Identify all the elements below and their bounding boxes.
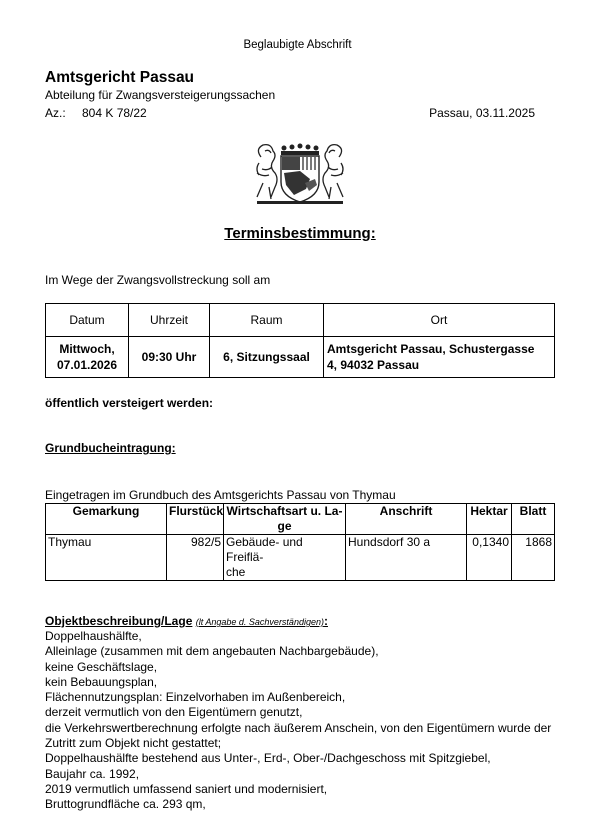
cell-anschrift: Hundsdorf 30 a bbox=[346, 535, 467, 581]
department-name: Abteilung für Zwangsversteigerungssachen bbox=[45, 88, 275, 102]
description-line: 2019 vermutlich umfassend saniert und mo… bbox=[45, 782, 551, 797]
case-reference-label: Az.: bbox=[45, 106, 82, 120]
header-ort: Ort bbox=[324, 304, 555, 337]
header-wirtschaftsart-line-2: ge bbox=[226, 519, 343, 534]
header-anschrift: Anschrift bbox=[346, 504, 467, 535]
cell-place: Amtsgericht Passau, Schustergasse 4, 940… bbox=[324, 337, 555, 378]
land-register-header-row: Gemarkung Flurstück Wirtschaftsart u. La… bbox=[46, 504, 555, 535]
object-description-title: Objektbeschreibung/Lage bbox=[45, 614, 192, 628]
land-register-row: Thymau 982/5 Gebäude- und Freiflä- che H… bbox=[46, 535, 555, 581]
date-value: 07.01.2026 bbox=[49, 357, 125, 373]
header-flurstueck: Flurstück bbox=[167, 504, 224, 535]
land-register-table: Gemarkung Flurstück Wirtschaftsart u. La… bbox=[45, 503, 555, 581]
place-line-1: Amtsgericht Passau, Schustergasse bbox=[327, 341, 551, 357]
cell-hektar: 0,1340 bbox=[467, 535, 512, 581]
description-line: Doppelhaushälfte, bbox=[45, 629, 551, 644]
coat-of-arms-icon bbox=[251, 143, 349, 207]
wirtschaftsart-line-2: che bbox=[226, 565, 343, 580]
schedule-header-row: Datum Uhrzeit Raum Ort bbox=[46, 304, 555, 337]
land-register-intro: Eingetragen im Grundbuch des Amtsgericht… bbox=[45, 488, 396, 502]
description-line: Flächennutzungsplan: Einzelvorhaben im A… bbox=[45, 690, 551, 705]
case-reference: Az.:804 K 78/22 bbox=[45, 106, 147, 120]
description-line: die Verkehrswertberechnung erfolgte nach… bbox=[45, 721, 551, 736]
cell-blatt: 1868 bbox=[512, 535, 555, 581]
court-name: Amtsgericht Passau bbox=[45, 69, 194, 87]
description-line: keine Geschäftslage, bbox=[45, 660, 551, 675]
place-date: Passau, 03.11.2025 bbox=[429, 106, 535, 120]
header-wirtschaftsart: Wirtschaftsart u. La- ge bbox=[224, 504, 346, 535]
header-hektar: Hektar bbox=[467, 504, 512, 535]
public-auction-text: öffentlich versteigert werden: bbox=[45, 396, 213, 410]
description-line: Bruttogrundfläche ca. 293 qm, bbox=[45, 797, 551, 812]
description-line: Baujahr ca. 1992, bbox=[45, 767, 551, 782]
header-wirtschaftsart-line-1: Wirtschaftsart u. La- bbox=[226, 504, 343, 519]
cell-time: 09:30 Uhr bbox=[129, 337, 210, 378]
description-line: derzeit vermutlich von den Eigentümern g… bbox=[45, 705, 551, 720]
header-blatt: Blatt bbox=[512, 504, 555, 535]
place-line-2: 4, 94032 Passau bbox=[327, 357, 551, 373]
cell-date: Mittwoch, 07.01.2026 bbox=[46, 337, 129, 378]
cell-room: 6, Sitzungssaal bbox=[210, 337, 324, 378]
wirtschaftsart-line-1: Gebäude- und Freiflä- bbox=[226, 535, 343, 565]
date-weekday: Mittwoch, bbox=[49, 341, 125, 357]
object-description-heading: Objektbeschreibung/Lage (lt Angabe d. Sa… bbox=[45, 614, 328, 628]
header-datum: Datum bbox=[46, 304, 129, 337]
object-description-note: (lt Angabe d. Sachverständigen) bbox=[196, 617, 324, 627]
land-register-heading: Grundbucheintragung: bbox=[45, 441, 176, 455]
certified-copy-label: Beglaubigte Abschrift bbox=[0, 39, 595, 51]
header-gemarkung: Gemarkung bbox=[46, 504, 167, 535]
object-description-colon: : bbox=[324, 614, 328, 628]
header-raum: Raum bbox=[210, 304, 324, 337]
document-title: Terminsbestimmung: bbox=[0, 225, 595, 242]
intro-text: Im Wege der Zwangsvollstreckung soll am bbox=[45, 273, 270, 287]
object-description-lines: Doppelhaushälfte, Alleinlage (zusammen m… bbox=[45, 629, 551, 813]
description-line: kein Bebauungsplan, bbox=[45, 675, 551, 690]
description-line: Alleinlage (zusammen mit dem angebauten … bbox=[45, 644, 551, 659]
cell-wirtschaftsart: Gebäude- und Freiflä- che bbox=[224, 535, 346, 581]
schedule-table: Datum Uhrzeit Raum Ort Mittwoch, 07.01.2… bbox=[45, 303, 555, 378]
schedule-row: Mittwoch, 07.01.2026 09:30 Uhr 6, Sitzun… bbox=[46, 337, 555, 378]
header-uhrzeit: Uhrzeit bbox=[129, 304, 210, 337]
cell-flurstueck: 982/5 bbox=[167, 535, 224, 581]
cell-gemarkung: Thymau bbox=[46, 535, 167, 581]
description-line: Zutritt zum Objekt nicht gestattet; bbox=[45, 736, 551, 751]
case-number: 804 K 78/22 bbox=[82, 106, 147, 120]
description-line: Doppelhaushälfte bestehend aus Unter-, E… bbox=[45, 751, 551, 766]
